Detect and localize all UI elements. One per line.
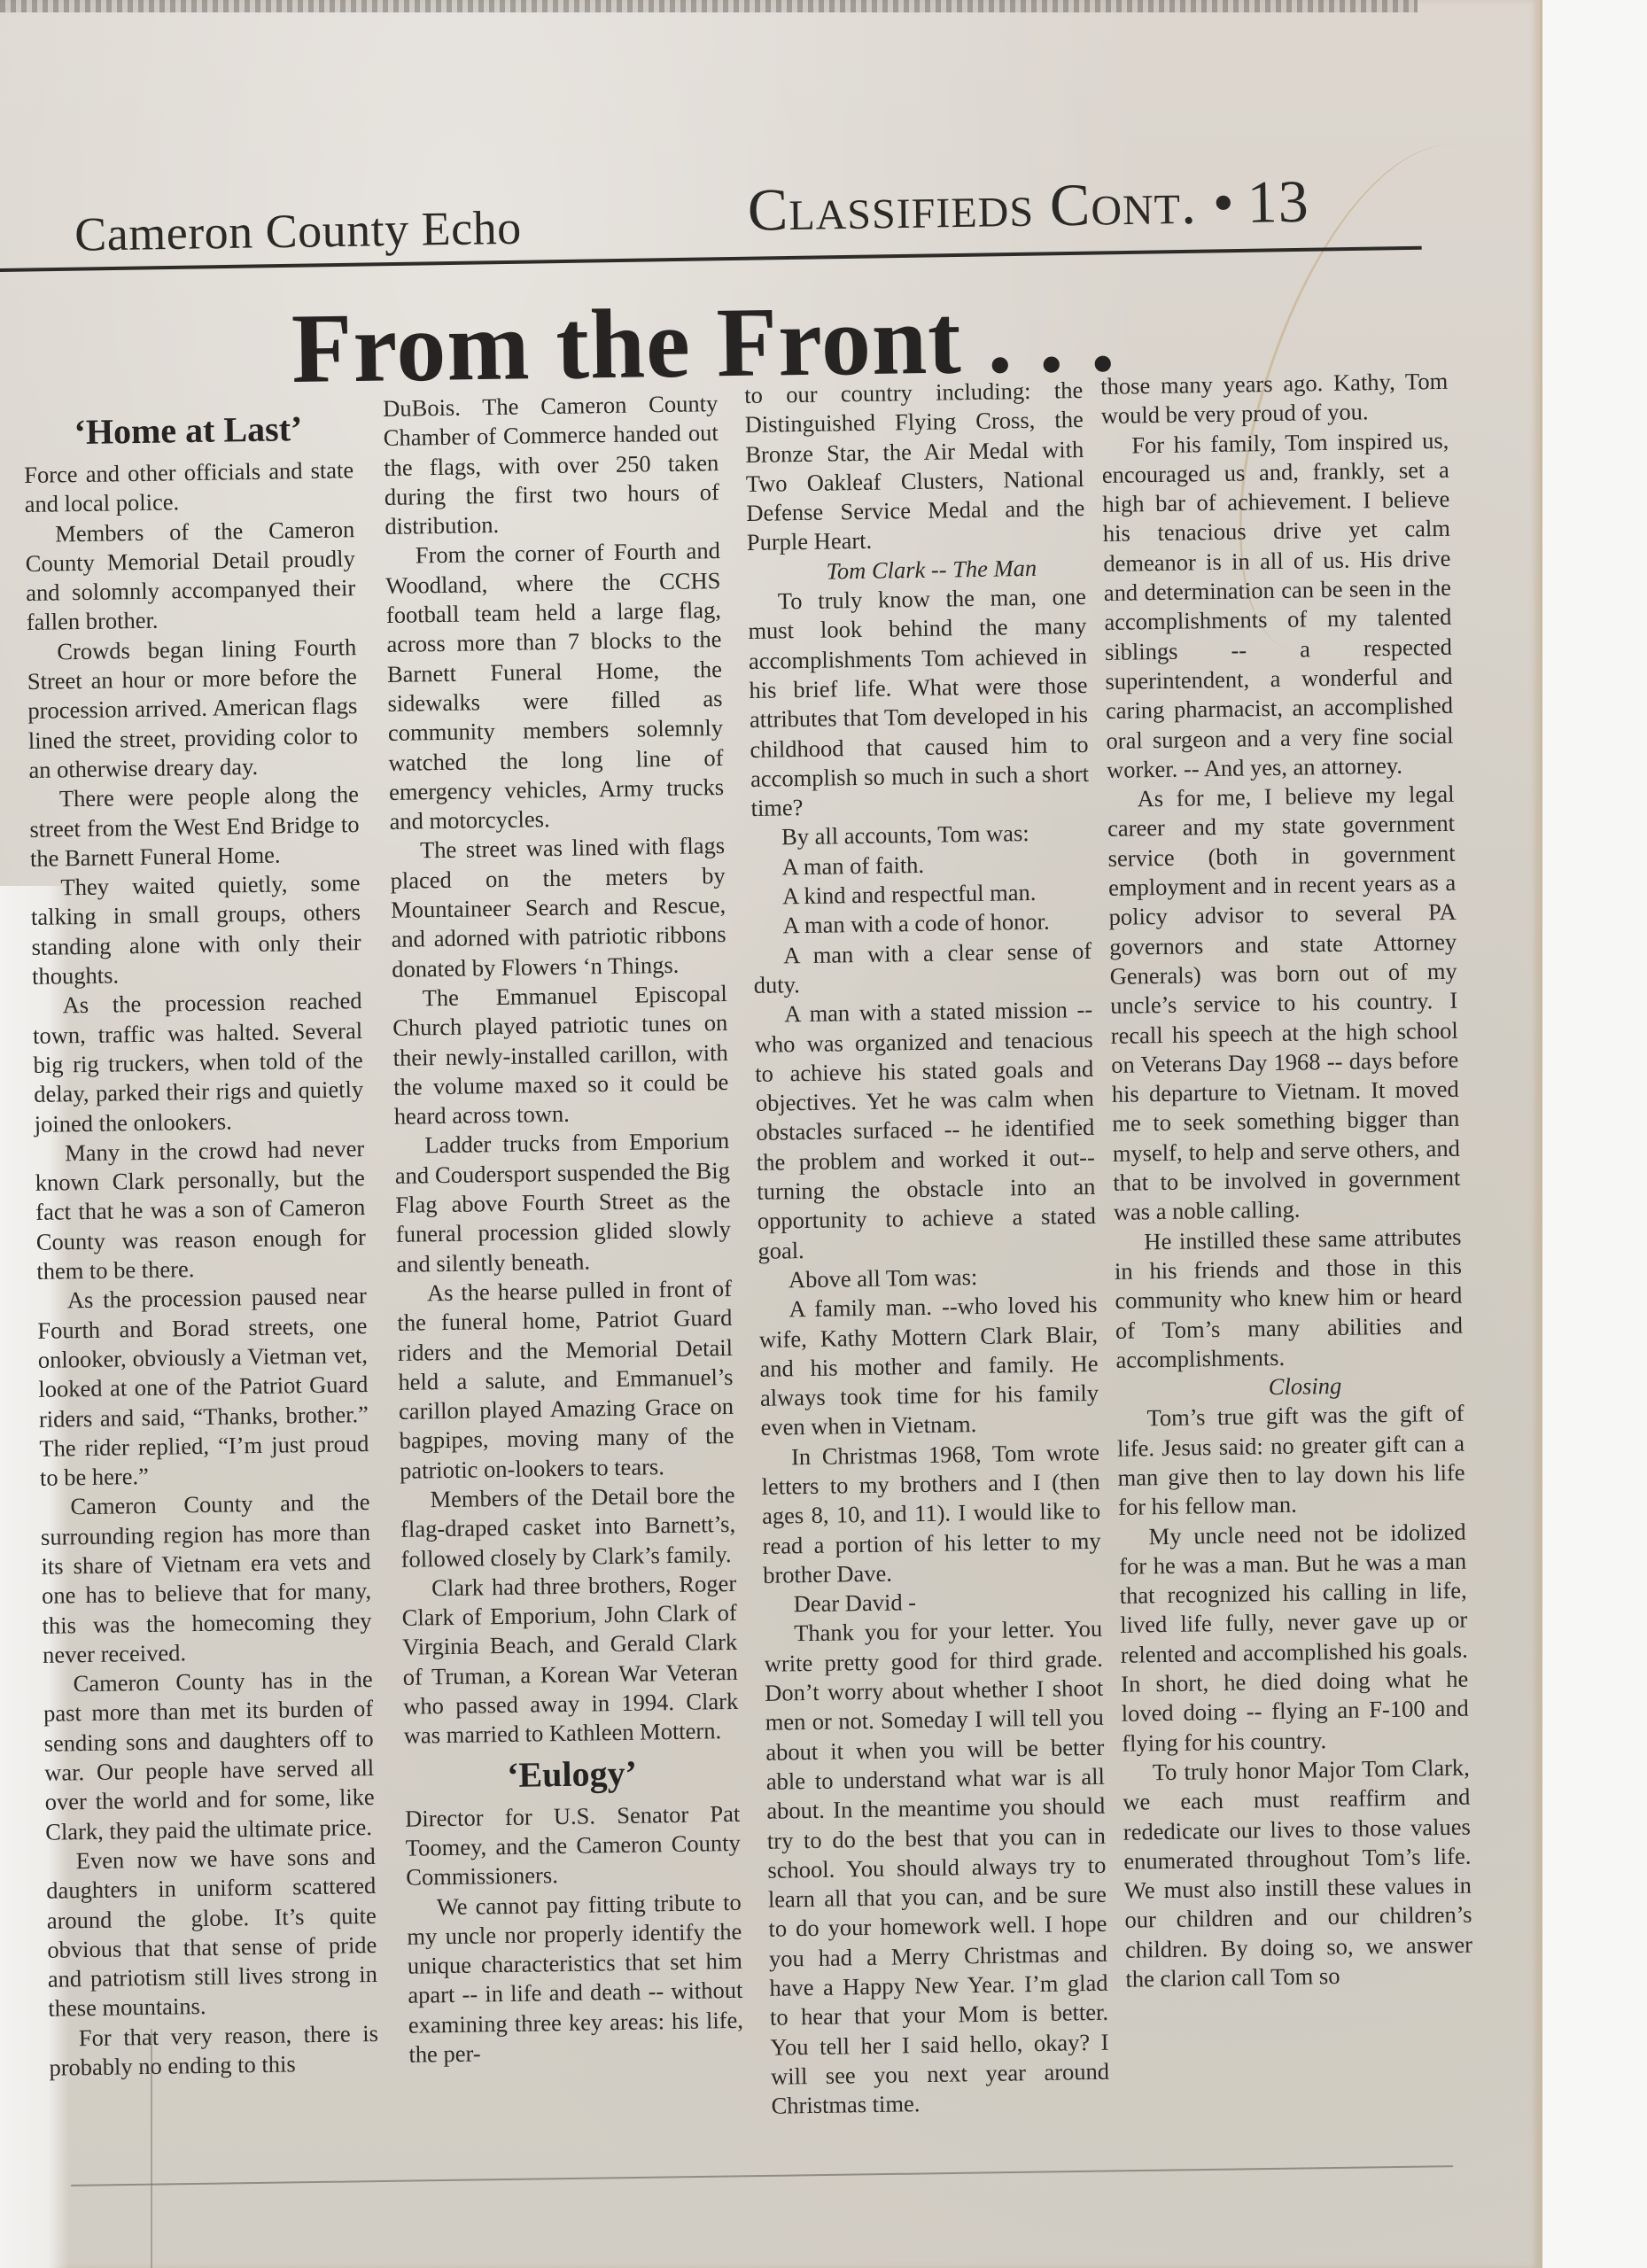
paragraph: As the hearse pulled in front of the fun… [397,1274,735,1486]
paragraph: For that very reason, there is probably … [49,2019,379,2083]
torn-top-edge [0,0,1418,12]
paragraph: Director for U.S. Senator Pat Toomey, an… [405,1799,742,1893]
section-heading-eulogy: ‘Eulogy’ [404,1750,740,1799]
paragraph: They waited quietly, some talking in sma… [30,868,361,991]
paragraph: To truly honor Major Tom Clark, we each … [1123,1753,1473,1994]
paragraph: From the corner of Fourth and Woodland, … [385,537,725,837]
paragraph: A man with a stated mission -- who was o… [754,995,1097,1266]
section-name: Classifieds Cont. [747,169,1197,244]
paragraph: DuBois. The Cameron County Chamber of Co… [383,389,720,541]
paragraph: In Christmas 1968, Tom wrote letters to … [761,1438,1102,1590]
paragraph: To truly know the man, one must look beh… [748,582,1090,823]
paragraph: Cameron County and the surrounding regio… [40,1487,372,1670]
column-2: DuBois. The Cameron County Chamber of Co… [383,389,744,2070]
paragraph: As the procession paused near Fourth and… [37,1281,370,1493]
paragraph: The street was lined with flags placed o… [390,831,727,983]
fold-crease-vertical [151,2029,152,2268]
paragraph: A man with a clear sense of duty. [753,936,1092,1001]
paragraph: A man with a code of honor. [752,906,1091,941]
paragraph: those many years ago. Kathy, Tom would b… [1100,367,1449,431]
paragraph: Members of the Cameron County Memorial D… [25,515,356,638]
paragraph: A family man. --who loved his wife, Kath… [758,1290,1099,1442]
paragraph: Force and other officials and state and … [24,455,354,519]
paragraph: We cannot pay fitting tribute to my uncl… [407,1887,744,2070]
paragraph: My uncle need not be idolized for he was… [1118,1517,1469,1758]
column-4: those many years ago. Kathy, Tom would b… [1100,367,1473,1994]
bullet-icon: • [1212,167,1235,237]
paragraph: Tom’s true gift was the gift of life. Je… [1116,1399,1465,1522]
paragraph: Even now we have sons and daughters in u… [46,1842,378,2024]
paragraph: Members of the Detail bore the flag-drap… [400,1480,736,1574]
paragraph: He instilled these same attributes in hi… [1114,1222,1464,1375]
paragraph: Crowds began lining Fourth Street an hou… [27,633,359,785]
newspaper-name: Cameron County Echo [74,200,522,262]
paragraph: Ladder trucks from Emporium and Coudersp… [394,1126,732,1278]
paragraph: As for me, I believe my legal career and… [1107,780,1461,1228]
page-number: 13 [1247,167,1309,236]
paragraph: There were people along the street from … [29,780,361,874]
paragraph: Thank you for your letter. You write pre… [764,1614,1110,2121]
section-heading-home-at-last: ‘Home at Last’ [23,406,353,455]
paragraph: Cameron County has in the past more than… [43,1665,375,1847]
section-title: Classifieds Cont.•13 [747,167,1309,245]
paragraph: For his family, Tom inspired us, encoura… [1101,425,1454,785]
column-1: ‘Home at Last’ Force and other officials… [23,402,379,2083]
column-3: to our country including: the Distinguis… [744,376,1110,2121]
paragraph: Clark had three brothers, Roger Clark of… [401,1569,739,1751]
paragraph: As the procession reached town, traffic … [32,986,364,1138]
paragraph: The Emmanuel Episcopal Church played pat… [392,979,729,1131]
paragraph: Many in the crowd had never known Clark … [35,1134,367,1286]
paragraph: to our country including: the Distinguis… [744,376,1085,558]
